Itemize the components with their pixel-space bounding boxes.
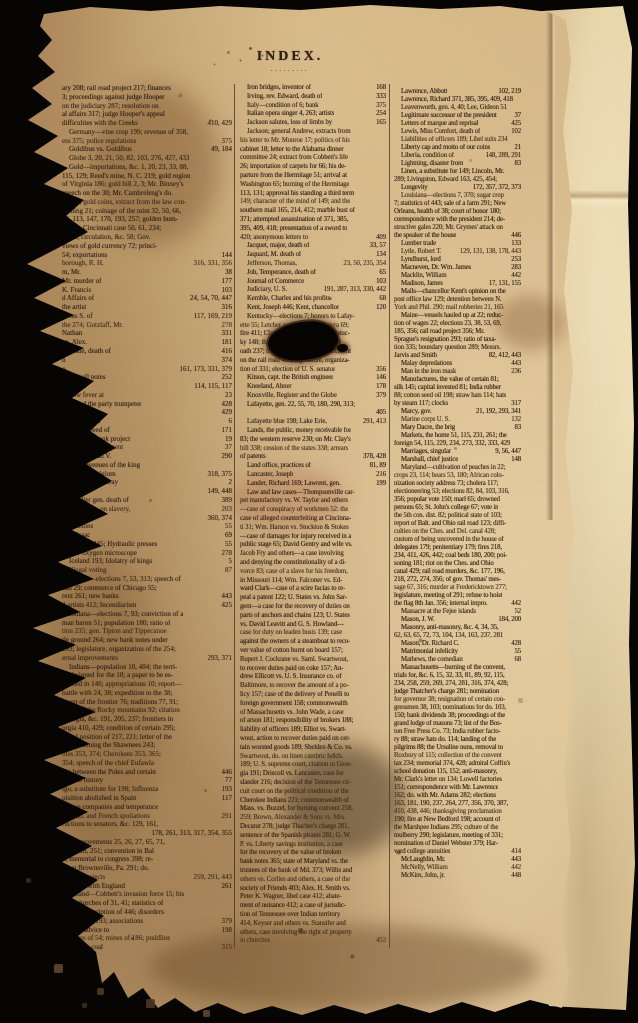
index-line: of Virginia 186; gold bill 2, 3; Mr. Bin…	[62, 180, 232, 189]
index-line: P. vs. Liberty savings institution, a ca…	[240, 841, 386, 850]
index-line: Mary Dacre, the brig83	[394, 424, 521, 432]
index-line: Germany—vine crop 199; revenue of 358,	[62, 128, 232, 137]
index-line: difficulties with the Creeks410, 429	[62, 119, 232, 128]
index-column-right: Lawrence, Abbott102, 219Lawrence, Richar…	[394, 88, 521, 880]
index-line: Goldibus vs. Goldibus49, 184	[62, 145, 232, 154]
index-line: 395, 409, 418; presentation of a sword t…	[240, 225, 386, 234]
index-line: Job, Temperance, death of65	[240, 269, 386, 278]
index-line: trials for, &c. 6, 15, 32, 33, 81, 89, 9…	[394, 672, 521, 680]
index-line: Mails—chancellor Kent's opinion on the	[394, 288, 521, 296]
index-line: others vs. Corlies and others, a case of…	[240, 876, 386, 885]
index-line: Irving, rev. Edward, death of333	[240, 93, 386, 102]
index-line: Jaquard, M. death of134	[240, 251, 386, 260]
index-line: private revenues of the king	[62, 461, 232, 470]
index-line: ment of nuisance 412; a case of jurisdic…	[240, 902, 386, 911]
index-line: views of gold currency 72; princi-	[62, 242, 232, 251]
index-line: McKim, John, jr.448	[394, 872, 521, 880]
index-line: case of alleged counterfeiting at Cincin…	[240, 515, 386, 524]
index-line: 293; legislature, organization of the 25…	[62, 645, 232, 654]
index-line: tain worsted goods 189; Shelden & Co. vs…	[240, 744, 386, 753]
index-line: hosas S. of117, 169, 219	[62, 312, 232, 321]
index-line: Illinois—elections 7, 53, 313; speech of	[62, 575, 232, 584]
index-line: the speaker of the house446	[394, 232, 521, 240]
index-line: Lawrence, Richard 371, 385, 395, 409, 41…	[394, 96, 521, 104]
index-line: the flag 8th Jan. 356; internal impro.44…	[394, 600, 521, 608]
index-line: nees, death of6	[62, 417, 232, 426]
index-line: trustees of the bank of Md. 373; Willis …	[240, 867, 386, 876]
index-line: Kitson, capt. the British engineer146	[240, 374, 386, 383]
index-line: silk 145; capital invested 81; India rub…	[394, 384, 521, 392]
index-line: 149; character of the mind of 149; and t…	[240, 198, 386, 207]
index-line: sage 67, 316; murder at Fredericktown 27…	[394, 584, 521, 592]
index-line: 410, 438, 446; thanksgiving proclamation	[394, 808, 521, 816]
index-line: Lancaster, Joseph216	[240, 471, 386, 480]
index-line: Marine corps U. S.132	[394, 416, 521, 424]
index-line: n skeletons55	[62, 522, 232, 531]
index-line: Lewis, Miss Comfort, death of102	[394, 128, 521, 136]
index-line: structive gales 220; Mr. Grymes' attack …	[394, 224, 521, 232]
index-line: crops 23, 114; bears 53, 180; African co…	[394, 472, 521, 480]
index-line: anthracite coal315	[62, 943, 232, 952]
index-line: bank notes 365; state of Maryland vs. th…	[240, 858, 386, 867]
index-line: wout, action to recover duties paid on c…	[240, 735, 386, 744]
index-line: Jackson salutes, loss of limbs by165	[240, 119, 386, 128]
index-line: peal a patent 122; U. States vs. John Sa…	[240, 594, 386, 603]
index-line: ton Free Press Co. 73; India rubber fact…	[394, 728, 521, 736]
index-line: orgia 410, 429; condition of certain 295…	[62, 724, 232, 733]
index-line: Liabilities of officers 189; Libel suits…	[394, 136, 521, 144]
index-line: persons 65; St. John's college 67; vote …	[394, 504, 521, 512]
index-line: legislature, meeting of 291; refuse to h…	[394, 592, 521, 600]
index-line: d), at Brownsville, Pa. 291; do.	[62, 864, 232, 873]
index-line: pet manufactory vs. W. Taylor and others	[240, 497, 386, 506]
index-line: and denying the constitutionality of a d…	[240, 559, 386, 568]
index-line: 356; popular vote 150; marl 65; drowned	[394, 496, 521, 504]
index-line: 26; importation of carpets for 66; his d…	[240, 163, 386, 172]
index-line: , capt. John360, 374	[62, 514, 232, 523]
index-line: vorce 83; case of a slave for his freedo…	[240, 568, 386, 577]
index-line: Jefferson, Thomas,23, 50, 235, 354	[240, 260, 386, 269]
index-line: K. Francis103	[62, 286, 232, 295]
index-line: Mason, J. W.184, 200	[394, 616, 521, 624]
index-line: culties on the Ches. and Del. canal 428;	[394, 528, 521, 536]
index-line: oles 353, 374; Cherokees 353, 365;	[62, 750, 232, 759]
index-line: pt 116; projects259, 291, 443	[62, 873, 232, 882]
index-line: Mass. vs. Buzzel, for burning convent 25…	[240, 805, 386, 814]
index-line: the 5th con. dist. 82; political state o…	[394, 512, 521, 520]
index-line: Globe 3, 20, 21, 50, 82, 103, 276, 427, …	[62, 154, 232, 163]
index-line: 178, 261, 313, 317, 354, 355	[62, 829, 232, 838]
index-line: borough, R. H.316, 331, 356	[62, 259, 232, 268]
index-line: Massachusetts—burning of the convent,	[394, 664, 521, 672]
index-line: tions with Belgium318, 375	[62, 470, 232, 479]
index-line: canes 117, 445; Hydraulic presses55	[62, 540, 232, 549]
index-line: Sprague's resignation 293; ratio of taxa…	[394, 336, 521, 344]
column-rule-left	[234, 84, 235, 948]
index-line: Journal of Commerce103	[240, 278, 386, 287]
index-line: Liberia, condition of148, 289, 291	[394, 152, 521, 160]
index-line: h374	[62, 356, 232, 365]
index-line: McNelly, William442	[394, 864, 521, 872]
index-line: licy 157; case of the delivery of Penell…	[240, 691, 386, 700]
index-line: of arson 181; responsibility of brokers …	[240, 717, 386, 726]
index-line: for governor 38; resignation of certain …	[394, 696, 521, 704]
index-line: Maryland—cultivation of peaches in 22;	[394, 464, 521, 472]
index-line: Indiana—elections 7, 93; conviction of a	[62, 610, 232, 619]
index-line: McLaughlin, Mr.443	[394, 856, 521, 864]
index-line: n, prices of 54; mines of 186; puddline	[62, 934, 232, 943]
scanned-page-background: INDEX. ......... ary 208; rail road proj…	[0, 0, 638, 1023]
index-line: 420; anonymous letters to409	[240, 234, 386, 243]
index-line: yellow fever at23	[62, 391, 232, 400]
index-line: Washington 65; burning of the Hermitage	[240, 181, 386, 190]
index-line: blished in 146; appropriations 10; repor…	[62, 680, 232, 689]
index-line: Roxbury of 115; collection of the conven…	[394, 752, 521, 760]
index-line: Lander, Richard 169; Lawrent, gen.199	[240, 480, 386, 489]
index-line: Kent, Joseph 446; Kent, chancellor120	[240, 304, 386, 313]
index-line: foreign 54, 115, 229, 234, 273, 332, 333…	[394, 440, 521, 448]
index-line: report of Balt. and Ohio rail road 123; …	[394, 520, 521, 528]
index-line: his letter to Mr. Monroe 17; politics of…	[240, 137, 386, 146]
index-line: Jarvis and Smith82, 412, 443	[394, 352, 521, 360]
index-line: genous history77	[62, 776, 232, 785]
index-line: 62, 63, 65, 72, 73, 104, 134, 163, 237, …	[394, 632, 521, 640]
index-line: battle with 24, 38; expedition to the 38…	[62, 689, 232, 698]
index-line: 275; churches of 31, 41; statistics of	[62, 899, 232, 908]
index-line: ry designed for the 10; a paper to be es…	[62, 671, 232, 680]
index-line: ry 88; straw hats do. 114; landing of th…	[394, 736, 521, 744]
index-line: , brigadier gen. death of389	[62, 496, 232, 505]
index-line: m, Mr.38	[62, 268, 232, 277]
index-line: 3; memorial to congress 398; re-	[62, 855, 232, 864]
index-line: 371; attempted assassination of 371, 385…	[240, 216, 386, 225]
index-line: the artist316	[62, 303, 232, 312]
index-line: igo, a substitute for 198; Influenza193	[62, 785, 232, 794]
index-line: drew Ellicott vs. U. S. Insurance co. of	[240, 673, 386, 682]
index-line: Swartwout, do. on linen cambric hdkfs.	[240, 753, 386, 762]
index-line: Iron bridges, inventor of168	[240, 84, 386, 93]
index-line: speech on the 30; Mr. Cambreleng's do.	[62, 189, 232, 198]
index-line: ess 375; police regulations375	[62, 137, 232, 146]
index-line: 83; the western reserve 230; on Mr. Clay…	[240, 436, 386, 445]
index-line: pilgrims 88; the Ursuline nuns, removal …	[394, 744, 521, 752]
index-line: of patents378, 428	[240, 453, 386, 462]
index-line: Georgia, &c. 191, 205, 237; frontiers in	[62, 715, 232, 724]
index-column-left: ary 208; rail road project 217; finances…	[62, 84, 232, 952]
index-line: Marcy, gov.21, 192, 293, 341	[394, 408, 521, 416]
index-line: rent 261; new banks443	[62, 592, 232, 601]
index-line: al affairs 317; judge Hooper's appeal	[62, 110, 232, 119]
index-line: ti 31; Wm. Harson vs. Stockton & Stokes	[240, 524, 386, 533]
index-line: Linen, a substitute for 149; Lincoln, Mr…	[394, 168, 521, 176]
index-line: parture from the Hermitage 51; arrival a…	[240, 172, 386, 181]
index-line: Kneeland, Abner178	[240, 383, 386, 392]
index-line: cabinet 18; letter to the Alabama dinner	[240, 146, 386, 155]
index-line: gent—a case for the recovery of duties o…	[240, 603, 386, 612]
index-line: 150; bank dividends 38; proceedings of t…	[394, 712, 521, 720]
index-line: 234, 411, 426, 442; coal beds 180, 200; …	[394, 552, 521, 560]
index-line: tion of Tennessee over Indian territory	[240, 911, 386, 920]
index-line: ; cholera in 193; associations379	[62, 917, 232, 926]
index-line: Malay depredations443	[394, 360, 521, 368]
index-line: of Massachusetts vs. John Wade, a case	[240, 709, 386, 718]
index-line: Leavenworth, gen. 4, 40; Lee, Gideon 51	[394, 104, 521, 112]
index-line: Marshall, chief justice148	[394, 456, 521, 464]
index-line: post office law 129; detention between N…	[394, 296, 521, 304]
index-line: parative speed of171	[62, 426, 232, 435]
index-line: ructions to senators, &c. 129, 161,	[62, 820, 232, 829]
index-line: 414; Keyser and others vs. Stansifer and	[240, 920, 386, 929]
index-line: Illegal voting87	[62, 566, 232, 575]
index-line: uisition abolished in Spain117	[62, 794, 232, 803]
index-line: Macklin, William442	[394, 272, 521, 280]
index-line: 189; U. S. supreme court, citation to Ge…	[240, 761, 386, 770]
index-line: soning 181; riot on the Ches. and Ohio	[394, 560, 521, 568]
title-ornament: .........	[170, 65, 410, 73]
index-line: Jackson; general Andrew, extracts from	[240, 128, 386, 137]
index-line: d artists 412; Incendiarism425	[62, 601, 232, 610]
index-line: ary 208; rail road project 217; finances	[62, 84, 232, 93]
index-line: s and lion149, 448	[62, 487, 232, 496]
index-line: Massacre at the Fejee islands52	[394, 608, 521, 616]
index-line: Lafayette, gen. 22, 55, 70, 180, 290, 31…	[240, 401, 386, 410]
index-line: liability of officers 189; Elliot vs. Sw…	[240, 726, 386, 735]
index-line: , Dr. Isaac69	[62, 531, 232, 540]
index-line: tion 335; boundary question 289; Messrs.	[394, 344, 521, 352]
index-line: tax 234; memorial 374, 428; admiral Coff…	[394, 760, 521, 768]
index-line: Masonry, anti-masonry, &c. 4, 34, 35,	[394, 624, 521, 632]
index-line: shmen, advice to198	[62, 926, 232, 935]
index-line: Judiciary, U. S.191, 287, 313, 330, 442	[240, 286, 386, 295]
index-line: electioneering 53; elections 82, 84, 103…	[394, 488, 521, 496]
index-line: tion 235; gen. Tipton and Tippecanoe	[62, 627, 232, 636]
index-line: 114; do. and French spoliations291	[62, 812, 232, 821]
index-line: Mr. Clark's letter on 134; Lowell factor…	[394, 776, 521, 784]
index-line: en, Alex.181	[62, 338, 232, 347]
index-line: 190; fire at New Bedford 198; account of	[394, 816, 521, 824]
index-line: Man in the iron mask236	[394, 368, 521, 376]
index-line: cerning 21; coinage of the mint 32, 50, …	[62, 207, 232, 216]
index-line: Rupert J. Cockrane vs. Saml. Swartwout,	[240, 656, 386, 665]
index-line: on the judiciary 287; resolution on	[62, 102, 232, 111]
index-line: factories114, 115, 117	[62, 382, 232, 391]
index-line: 289; Livingston, Edward 163, 425, 454;	[394, 176, 521, 184]
index-line: 25; the Cincinnati case 50, 61, 234;	[62, 224, 232, 233]
index-line: d Affairs of24, 54, 70, 447	[62, 294, 232, 303]
index-line: Lawrence, Abbott102, 219	[394, 88, 521, 96]
index-line: invidious compliment37	[62, 443, 232, 452]
paper-crumbs	[0, 0, 1, 1]
index-line: custom of being uncovered in the house o…	[394, 536, 521, 544]
index-line: its 65; circulation, &c. 58; Gov.	[62, 233, 232, 242]
index-line: count of the frontier 76; traditions 77,…	[62, 698, 232, 707]
index-line: urance companies and temperance	[62, 803, 232, 812]
index-line: —case of damages for injury received in …	[240, 533, 386, 542]
index-line: 7; statistics of 443; sale of a farm 291…	[394, 200, 521, 208]
torn-index-page: INDEX. ......... ary 208; rail road proj…	[0, 0, 638, 1023]
index-line: school donation 115, 152; anti-masonry,	[394, 768, 521, 776]
index-line: for the recovery of the value of broken	[240, 849, 386, 858]
index-line: Marriages, singular9, 56, 447	[394, 448, 521, 456]
index-line: in Missouri 114; Wm. Falconer vs. Ed-	[240, 577, 386, 586]
index-line: Louisiana—elections 7, 370; sugar crop	[394, 192, 521, 200]
index-line: 163, 181, 190, 237, 264, 277, 356, 370, …	[394, 800, 521, 808]
index-line: 88; cotton seed oil 198; straw hats 114;…	[394, 392, 521, 400]
index-line: 162; do. with Mr. Adams 282; elections	[394, 792, 521, 800]
index-line: 151; correspondence with Mr. Lawrence	[394, 784, 521, 792]
index-line: 54; exportations144	[62, 251, 232, 260]
index-line: Jacob Fry and others—a case involving	[240, 550, 386, 559]
index-line: judge Thatcher's charge 281; nomination	[394, 688, 521, 696]
index-line: in churches452	[240, 937, 386, 946]
index-line: 405	[240, 409, 386, 418]
index-line: tle ground 264; new bank notes under	[62, 636, 232, 645]
index-line: nization society address 73; cholera 117…	[394, 480, 521, 488]
index-line: vard college annuities414	[394, 848, 521, 856]
index-line: rd, Jeremiah, on slavery,203	[62, 505, 232, 514]
index-line: ercourse with England261	[62, 882, 232, 891]
index-line: Ireland—Cobbett's invasion force 15; his	[62, 890, 232, 899]
index-line: 185, 356; rail road project 356; Mr.	[394, 328, 521, 336]
index-column-middle: Iron bridges, inventor of168Irving, rev.…	[240, 84, 386, 946]
index-line: man baron 51; population 180; ratio of	[62, 619, 232, 628]
index-line: Lumber trade133	[394, 240, 521, 248]
index-line: against the owners of a steamboat to rec…	[240, 638, 386, 647]
index-line: 20, 23; gold coins, extract from the law…	[62, 198, 232, 207]
index-line: Liberty cap and motto of our coins21	[394, 144, 521, 152]
index-line: Mathews, the comedian68	[394, 656, 521, 664]
index-line: sentence of the Spanish pirates 281; G. …	[240, 832, 386, 841]
index-line: ward Clark—case of a scire facias to re-	[240, 585, 386, 594]
index-line: Knoxville, Register and the Globe379	[240, 392, 386, 401]
index-line: Italian opera singer 4, 263; artists254	[240, 110, 386, 119]
index-line: Madison, James17, 131, 155	[394, 280, 521, 288]
index-line: slander 216; decision of the Tennessee c…	[240, 779, 386, 788]
index-line: Cherokee Indians 221; commonwealth of	[240, 797, 386, 806]
index-line: oggins' description of 446; disorders	[62, 908, 232, 917]
index-line: Gold—importations, &c. 1, 20, 23, 33, 88…	[62, 163, 232, 172]
index-line: to recover duties paid on coke 157; An-	[240, 665, 386, 674]
index-line: can 29; commerce of Chicago 55;	[62, 584, 232, 593]
index-line: n. Wade, death of416	[62, 347, 232, 356]
page-title: INDEX.	[170, 49, 410, 65]
index-line: society of Friends 403; Alex. H. Smith v…	[240, 885, 386, 894]
index-line: ds concerning the Shawnees 243;	[62, 741, 232, 750]
index-line: o.161, 173, 331, 379	[62, 365, 232, 374]
index-line: grand lodge of masons 73; list of the Bo…	[394, 720, 521, 728]
index-line: by steam 117; clocks317	[394, 400, 521, 408]
index-line: 167, and the party trumpeter428	[62, 400, 232, 409]
index-line: 115; Horrible affray2	[62, 478, 232, 487]
index-line: Maine—vessels hauled up at 22; reduc-	[394, 312, 521, 320]
index-line: 113, 131; approval his standing a third …	[240, 190, 386, 199]
index-line: Lyndhurst, lord253	[394, 256, 521, 264]
index-line: others, case involving the right of prop…	[240, 929, 386, 938]
index-line: gia 191; Driscoll vs. Lancaster, case fo…	[240, 770, 386, 779]
index-line: capt. Beekman V.290	[62, 452, 232, 461]
index-line: York and Phil. 290; mail robberies 21, 1…	[394, 304, 521, 312]
index-line: Lytle, Robert T.129, 131, 138, 178, 443	[394, 248, 521, 256]
page-crease	[546, 0, 556, 520]
index-line: Lafayette blue 198; Lake Erie,291, 413	[240, 418, 386, 427]
index-line: Italy—condition of 6; bank375	[240, 102, 386, 111]
index-line: southern mail 165, 214, 412; marble bust…	[240, 207, 386, 216]
index-line: range429	[62, 408, 232, 417]
index-line: ernal improvements293, 371	[62, 654, 232, 663]
index-line: the Marshpee Indians 295; culture of the	[394, 824, 521, 832]
index-line: 196, 218, 251; convention in Bal	[62, 847, 232, 856]
index-line: Markets, the home 51, 115, 231, 261; the	[394, 432, 521, 440]
index-line: public stage 65; David Gentry and wife v…	[240, 541, 386, 550]
index-line: Jacquet, major, death of33, 57	[240, 242, 386, 251]
index-line: Mr. murder of177	[62, 277, 232, 286]
index-line: 259; Brown, Alexander & Sons vs. Mrs.	[240, 814, 386, 823]
index-line: —case of conspiracy of workmen 52: the	[240, 506, 386, 515]
index-line: 3; proceedings against judge Hooper	[62, 93, 232, 102]
index-line: correspondence with the president 214; d…	[394, 216, 521, 224]
index-line: 218, 272, 274, 356; of gov. Thomas' mes-	[394, 576, 521, 584]
index-line: count of the Rocky mountains 92; citatio…	[62, 706, 232, 715]
index-line: bill 338; cession of the states 338; arr…	[240, 445, 386, 454]
index-line: parts of anchors and chains 123; U. Stat…	[240, 612, 386, 621]
index-line: 354; speech of the chief Eufawla	[62, 759, 232, 768]
index-line: Nathan331	[62, 329, 232, 338]
column-rule-right	[389, 84, 390, 948]
index-line: Kemble, Charles and his profits68	[240, 295, 386, 304]
index-line: Law and law cases—Thompsonville car-	[240, 489, 386, 498]
index-line: foreign government 158; commonwealth	[240, 700, 386, 709]
index-line: Decatur 278; judge Thacher's charge 281,	[240, 823, 386, 832]
burn-hole-small	[337, 344, 348, 352]
index-line: nal improvements 25, 26, 27, 65, 71,	[62, 838, 232, 847]
index-line: tion of wages 22; elections 23, 38, 53, …	[394, 320, 521, 328]
index-line: 234, 258, 259, 269, 274, 281, 316, 374, …	[394, 680, 521, 688]
index-line: delegates 179; penitentiary 179; fires 2…	[394, 544, 521, 552]
index-line: Indians—population 10, 404; the terri-	[62, 663, 232, 672]
index-line: Lands, the public, money receivable for	[240, 427, 386, 436]
index-line: 98, 113, 147, 170, 193, 257; golden hum-	[62, 215, 232, 224]
index-line: ver value of cotton burnt on board 157;	[240, 647, 386, 656]
index-line: Mr. and his bank project19	[62, 435, 232, 444]
index-line: Orleans, health of 38; court of honor 18…	[394, 208, 521, 216]
index-line: 115, 129; Reed's mine, N. C. 219; gold r…	[62, 172, 232, 181]
index-line: nomination of Daniel Webster 379; Har-	[394, 840, 521, 848]
index-line: Peter K. Wagner, libel case 412; abate-	[240, 893, 386, 902]
index-line: cuit court on the political condition of…	[240, 788, 386, 797]
index-line: gressmen 38, 103; nominations for do. 10…	[394, 704, 521, 712]
index-line: Legitimate successor of the president37	[394, 112, 521, 120]
index-line: Macneven, Dr. Wm. James283	[394, 264, 521, 272]
index-line: mulberry 290; legislature, meeting of 33…	[394, 832, 521, 840]
index-line: case for duty on leaden busts 139; case	[240, 629, 386, 638]
index-line: Baltimore, to recover the amount of a po…	[240, 682, 386, 691]
index-line: canal 429; rail road murders, &c. 177, 1…	[394, 568, 521, 576]
index-line: Hydro-oxygen microscope278	[62, 549, 232, 558]
index-line: Land office, practices of81, 89	[240, 462, 386, 471]
index-line: litical position of 217, 221; letter of …	[62, 733, 232, 742]
index-line: Lightning, disaster from83	[394, 160, 521, 168]
index-line: Mason, Dr. Richard C.428	[394, 640, 521, 648]
index-line: Iceland 193; Idolatry of kings5	[62, 557, 232, 566]
index-line: committee 24; extract from Cobbett's lif…	[240, 154, 386, 163]
index-line: vs. David Leavitt and G. S. Howland—	[240, 621, 386, 630]
index-line: ght between the Poles and certain446	[62, 768, 232, 777]
index-line: the 274; Gutzlaff, Mr.278	[62, 321, 232, 330]
index-line: Letters of marque and reprisal425	[394, 120, 521, 128]
index-line: and small notes252	[62, 373, 232, 382]
index-line: Longevity172, 357, 372, 373	[394, 184, 521, 192]
index-line: Matrimonial infelicity55	[394, 648, 521, 656]
